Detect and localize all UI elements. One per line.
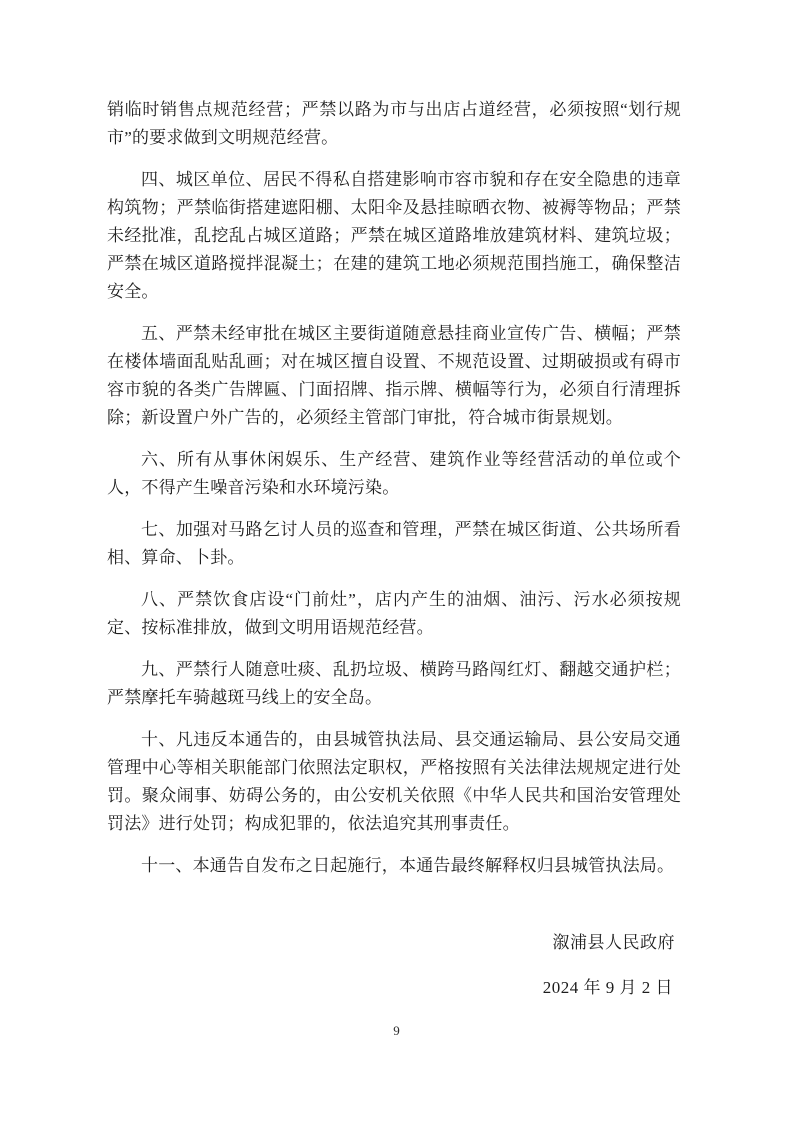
body-paragraph: 十、凡违反本通告的，由县城管执法局、县交通运输局、县公安局交通管理中心等相关职能… [107,726,681,838]
body-paragraph: 九、严禁行人随意吐痰、乱扔垃圾、横跨马路闯红灯、翻越交通护栏；严禁摩托车骑越斑马… [107,656,681,712]
body-paragraph: 十一、本通告自发布之日起施行，本通告最终解释权归县城管执法局。 [107,852,681,880]
signature-issuer: 溆浦县人民政府 [107,929,681,957]
document-page: 销临时销售点规范经营；严禁以路为市与出店占道经营，必须按照“划行规市”的要求做到… [0,0,793,1122]
body-paragraph: 销临时销售点规范经营；严禁以路为市与出店占道经营，必须按照“划行规市”的要求做到… [107,96,681,152]
body-paragraph: 七、加强对马路乞讨人员的巡查和管理，严禁在城区街道、公共场所看相、算命、卜卦。 [107,516,681,572]
document-body: 销临时销售点规范经营；严禁以路为市与出店占道经营，必须按照“划行规市”的要求做到… [107,96,681,1002]
body-paragraph: 六、所有从事休闲娱乐、生产经营、建筑作业等经营活动的单位或个人，不得产生噪音污染… [107,446,681,502]
page-number: 9 [0,1022,793,1040]
body-paragraph: 八、严禁饮食店设“门前灶”，店内产生的油烟、油污、污水必须按规定、按标准排放，做… [107,586,681,642]
body-paragraph: 五、严禁未经审批在城区主要街道随意悬挂商业宣传广告、横幅；严禁在楼体墙面乱贴乱画… [107,320,681,432]
body-paragraph: 四、城区单位、居民不得私自搭建影响市容市貌和存在安全隐患的违章构筑物；严禁临街搭… [107,166,681,306]
signature-date: 2024 年 9 月 2 日 [107,974,681,1002]
